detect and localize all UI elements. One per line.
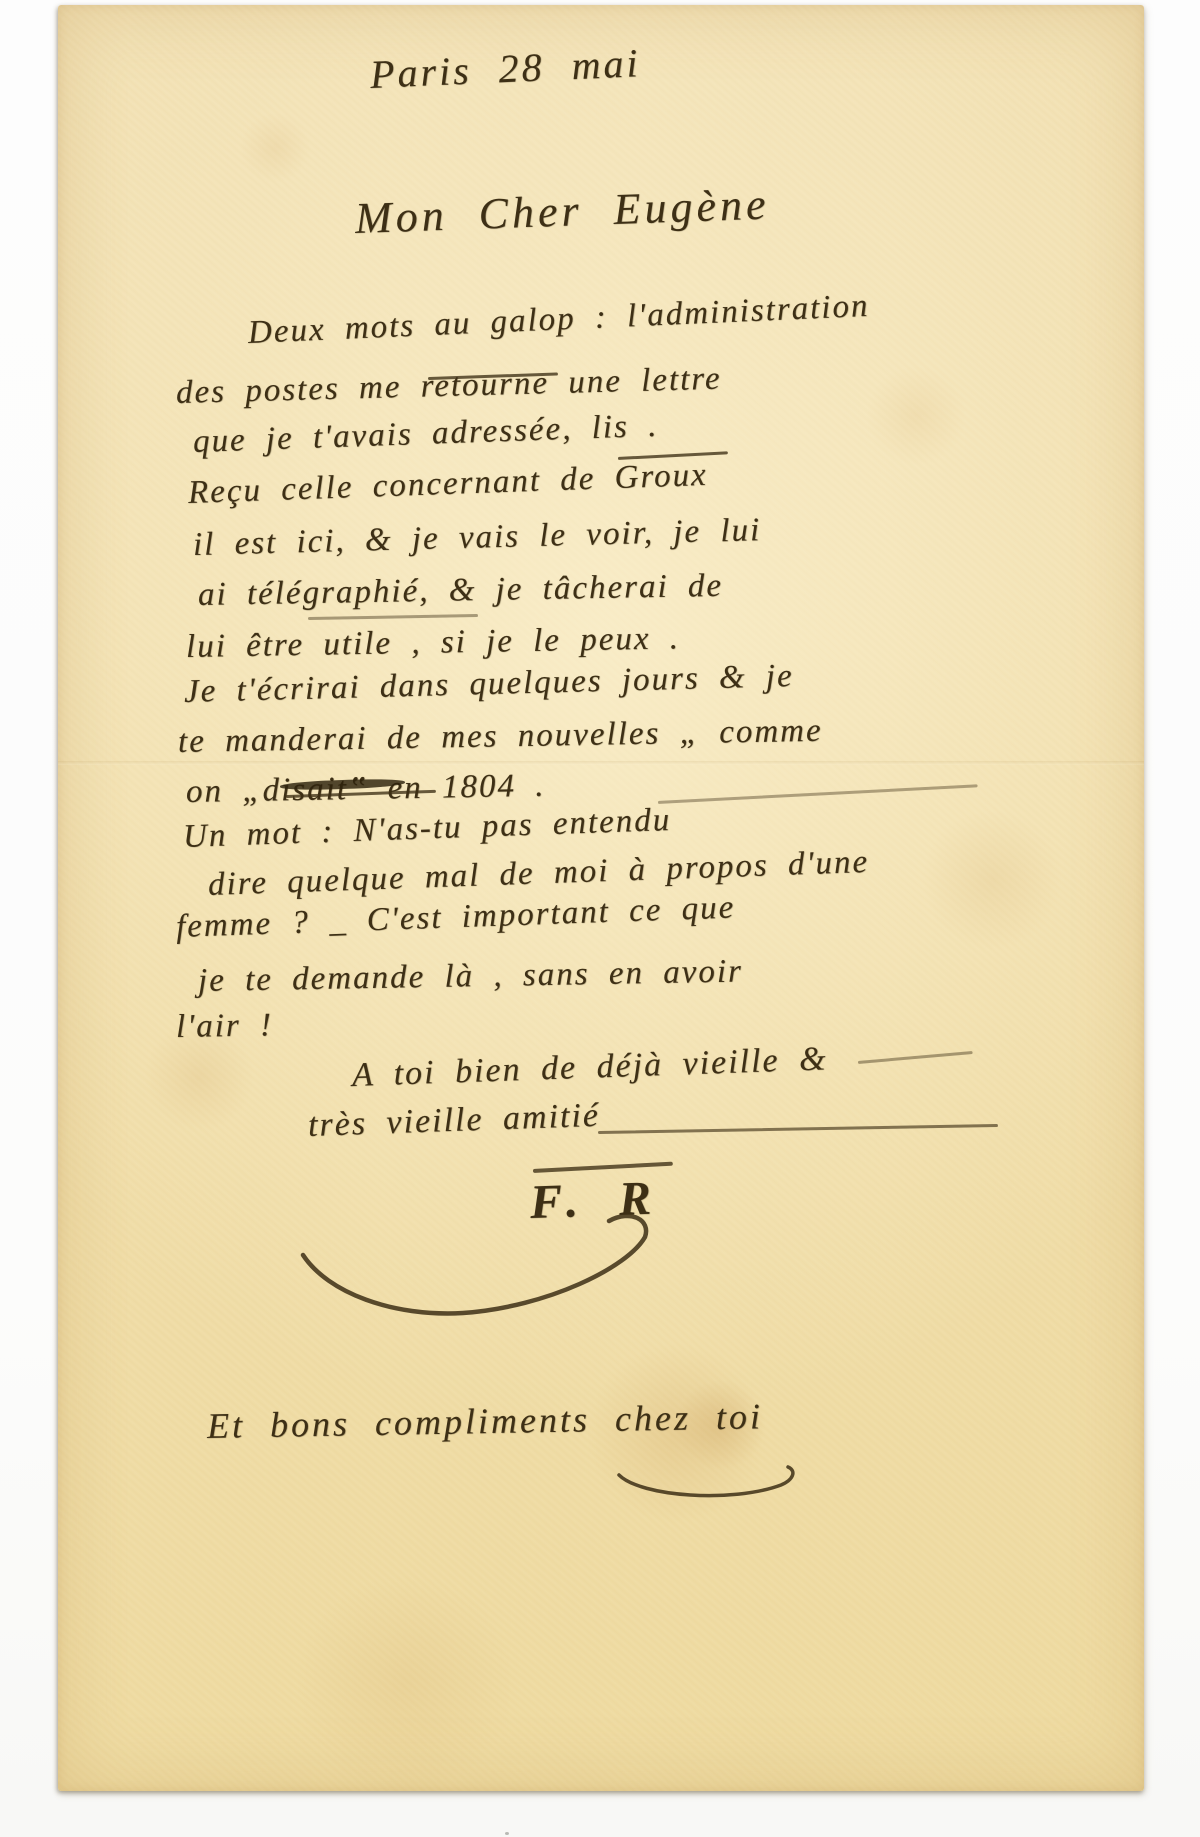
letter-line: l'air ! — [176, 1007, 274, 1046]
letter-line: dire quelque mal de moi à propos d'une — [207, 844, 869, 904]
scanner-speck — [505, 1832, 509, 1835]
scanned-letter-page: Paris 28 mai Mon Cher Eugène Deux mots a… — [0, 0, 1200, 1837]
salutation: Mon Cher Eugène — [354, 179, 770, 244]
ink-underline — [598, 1124, 998, 1134]
closing-line: très vieille amitié — [307, 1097, 600, 1145]
postscript: Et bons compliments chez toi — [207, 1395, 764, 1447]
letter-line: on „disait‟ en 1804 . — [186, 768, 546, 811]
letter-line: que je t'avais adressée, lis . — [192, 408, 659, 461]
signature-flourish — [293, 1205, 683, 1330]
ink-stroke — [308, 614, 478, 620]
dateline: Paris 28 mai — [369, 39, 641, 98]
paper-sheet: Paris 28 mai Mon Cher Eugène Deux mots a… — [58, 5, 1144, 1791]
letter-line: te manderai de mes nouvelles „ comme — [178, 713, 823, 761]
letter-line: lui être utile , si je le peux . — [186, 620, 681, 666]
letter-line: Je t'écrirai dans quelques jours & je — [184, 658, 795, 711]
ink-stroke — [658, 784, 978, 804]
letter-line: des postes me retourne une lettre — [176, 361, 723, 412]
letter-line: Reçu celle concernant de Groux — [187, 457, 708, 512]
letter-line: Un mot : N'as-tu pas entendu — [182, 802, 671, 856]
fold-crease — [58, 761, 1144, 765]
postscript-flourish — [613, 1463, 813, 1508]
letter-line: il est ici, & je vais le voir, je lui — [193, 512, 762, 564]
closing-line: A toi bien de déjà vieille & — [351, 1040, 828, 1095]
letter-line: je te demande là , sans en avoir — [198, 953, 743, 1000]
letter-line: ai télégraphié, & je tâcherai de — [198, 568, 724, 614]
ink-stroke — [858, 1051, 973, 1064]
letter-line: Deux mots au galop : l'administration — [247, 288, 870, 352]
